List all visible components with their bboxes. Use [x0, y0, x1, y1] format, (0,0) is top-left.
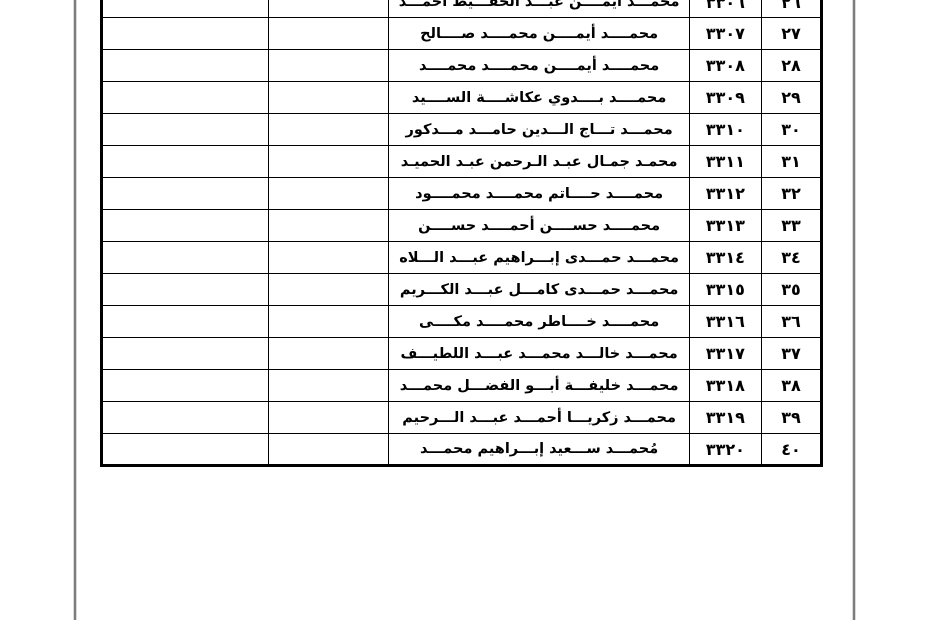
empty-notes-cell-outer	[102, 242, 269, 274]
empty-notes-cell-inner	[269, 274, 389, 306]
student-code-cell: ٣٣٠٧	[689, 18, 761, 50]
serial-number-cell: ٣٦	[761, 306, 821, 338]
student-name-cell: محمــــد أيمــــن محمــــد صــــالح	[389, 18, 689, 50]
empty-notes-cell-inner	[269, 114, 389, 146]
empty-notes-cell-inner	[269, 370, 389, 402]
serial-number-cell: ٢٧	[761, 18, 821, 50]
student-name-cell: محمـــد تـــاج الـــدين حامـــد مـــدكور	[389, 114, 689, 146]
empty-notes-cell-inner	[269, 82, 389, 114]
serial-number-cell: ٤٠	[761, 434, 821, 466]
table-row: ٣١٣٣١١محمـد جمـال عبـد الـرحمن عبـد الحم…	[102, 146, 822, 178]
empty-notes-cell-inner	[269, 146, 389, 178]
empty-notes-cell-outer	[102, 178, 269, 210]
document-page: ٢٦٣٣٠٦محمـــد أيمــــن عبـــد الحفـــيظ …	[0, 0, 930, 620]
page-border-line-right	[853, 0, 855, 620]
empty-notes-cell-inner	[269, 434, 389, 466]
empty-notes-cell-inner	[269, 402, 389, 434]
student-name-cell: محمــــد بــــدوي عكاشــــة الســــيد	[389, 82, 689, 114]
empty-notes-cell-outer	[102, 210, 269, 242]
table-row: ٢٦٣٣٠٦محمـــد أيمــــن عبـــد الحفـــيظ …	[102, 0, 822, 18]
empty-notes-cell-outer	[102, 402, 269, 434]
roster-table: ٢٦٣٣٠٦محمـــد أيمــــن عبـــد الحفـــيظ …	[100, 0, 823, 467]
student-code-cell: ٣٣٠٦	[689, 0, 761, 18]
serial-number-cell: ٣٩	[761, 402, 821, 434]
student-name-cell: محمـــد زكريـــا أحمـــد عبـــد الـــرحي…	[389, 402, 689, 434]
serial-number-cell: ٣٧	[761, 338, 821, 370]
page-border-line-left	[74, 0, 76, 620]
table-row: ٣٧٣٣١٧محمـــد خالـــد محمـــد عبـــد الل…	[102, 338, 822, 370]
serial-number-cell: ٣٣	[761, 210, 821, 242]
empty-notes-cell-inner	[269, 0, 389, 18]
empty-notes-cell-outer	[102, 50, 269, 82]
student-name-cell: محمـــد حمـــدى كامـــل عبـــد الكـــريم	[389, 274, 689, 306]
empty-notes-cell-outer	[102, 114, 269, 146]
table-row: ٣٨٣٣١٨محمـــد خليفـــة أبـــو الفضـــل م…	[102, 370, 822, 402]
student-name-cell: محمـــد حمـــدى إبـــراهيم عبـــد الـــل…	[389, 242, 689, 274]
empty-notes-cell-outer	[102, 338, 269, 370]
serial-number-cell: ٣٢	[761, 178, 821, 210]
empty-notes-cell-outer	[102, 274, 269, 306]
serial-number-cell: ٣٥	[761, 274, 821, 306]
table-row: ٣٩٣٣١٩محمـــد زكريـــا أحمـــد عبـــد ال…	[102, 402, 822, 434]
empty-notes-cell-inner	[269, 18, 389, 50]
student-code-cell: ٣٣١٨	[689, 370, 761, 402]
student-name-cell: مُحمـــد ســـعيد إبـــراهيم محمـــد	[389, 434, 689, 466]
serial-number-cell: ٣١	[761, 146, 821, 178]
student-code-cell: ٣٣١٧	[689, 338, 761, 370]
table-row: ٣٣٣٣١٣محمــــد حســــن أحمــــد حســــن	[102, 210, 822, 242]
serial-number-cell: ٣٨	[761, 370, 821, 402]
student-code-cell: ٣٣٠٨	[689, 50, 761, 82]
table-body: ٢٦٣٣٠٦محمـــد أيمــــن عبـــد الحفـــيظ …	[102, 0, 822, 466]
student-name-cell: محمــــد خــــاطر محمــــد مكــــى	[389, 306, 689, 338]
table-row: ٤٠٣٣٢٠مُحمـــد ســـعيد إبـــراهيم محمـــ…	[102, 434, 822, 466]
empty-notes-cell-outer	[102, 146, 269, 178]
table-row: ٢٨٣٣٠٨محمــــد أيمــــن محمــــد محمــــ…	[102, 50, 822, 82]
student-code-cell: ٣٣١٦	[689, 306, 761, 338]
table-row: ٢٧٣٣٠٧محمــــد أيمــــن محمــــد صــــال…	[102, 18, 822, 50]
student-code-cell: ٣٣١٤	[689, 242, 761, 274]
student-name-cell: محمــــد حــــاتم محمــــد محمــــود	[389, 178, 689, 210]
table-row: ٣٦٣٣١٦محمــــد خــــاطر محمــــد مكــــى	[102, 306, 822, 338]
empty-notes-cell-inner	[269, 178, 389, 210]
student-name-cell: محمـد جمـال عبـد الـرحمن عبـد الحميـد	[389, 146, 689, 178]
empty-notes-cell-outer	[102, 18, 269, 50]
table-row: ٣٠٣٣١٠محمـــد تـــاج الـــدين حامـــد مـ…	[102, 114, 822, 146]
student-code-cell: ٣٣١٩	[689, 402, 761, 434]
student-code-cell: ٣٣١٣	[689, 210, 761, 242]
serial-number-cell: ٢٦	[761, 0, 821, 18]
student-code-cell: ٣٣٠٩	[689, 82, 761, 114]
empty-notes-cell-outer	[102, 370, 269, 402]
table-row: ٣٢٣٣١٢محمــــد حــــاتم محمــــد محمــــ…	[102, 178, 822, 210]
empty-notes-cell-outer	[102, 82, 269, 114]
student-code-cell: ٣٣٢٠	[689, 434, 761, 466]
empty-notes-cell-outer	[102, 434, 269, 466]
table-row: ٢٩٣٣٠٩محمــــد بــــدوي عكاشــــة الســـ…	[102, 82, 822, 114]
student-name-cell: محمــــد حســــن أحمــــد حســــن	[389, 210, 689, 242]
serial-number-cell: ٢٨	[761, 50, 821, 82]
serial-number-cell: ٣٤	[761, 242, 821, 274]
student-name-cell: محمـــد خليفـــة أبـــو الفضـــل محمـــد	[389, 370, 689, 402]
student-name-cell: محمـــد أيمــــن عبـــد الحفـــيظ أحمـــ…	[389, 0, 689, 18]
serial-number-cell: ٣٠	[761, 114, 821, 146]
student-code-cell: ٣٣١٠	[689, 114, 761, 146]
table-row: ٣٥٣٣١٥محمـــد حمـــدى كامـــل عبـــد الك…	[102, 274, 822, 306]
empty-notes-cell-inner	[269, 50, 389, 82]
empty-notes-cell-inner	[269, 338, 389, 370]
student-name-cell: محمــــد أيمــــن محمــــد محمــــد	[389, 50, 689, 82]
empty-notes-cell-inner	[269, 242, 389, 274]
empty-notes-cell-outer	[102, 0, 269, 18]
serial-number-cell: ٢٩	[761, 82, 821, 114]
table-row: ٣٤٣٣١٤محمـــد حمـــدى إبـــراهيم عبـــد …	[102, 242, 822, 274]
empty-notes-cell-inner	[269, 210, 389, 242]
student-code-cell: ٣٣١٥	[689, 274, 761, 306]
empty-notes-cell-inner	[269, 306, 389, 338]
student-name-cell: محمـــد خالـــد محمـــد عبـــد اللطيـــف	[389, 338, 689, 370]
roster-table-container: ٢٦٣٣٠٦محمـــد أيمــــن عبـــد الحفـــيظ …	[100, 0, 823, 467]
empty-notes-cell-outer	[102, 306, 269, 338]
student-code-cell: ٣٣١٢	[689, 178, 761, 210]
student-code-cell: ٣٣١١	[689, 146, 761, 178]
